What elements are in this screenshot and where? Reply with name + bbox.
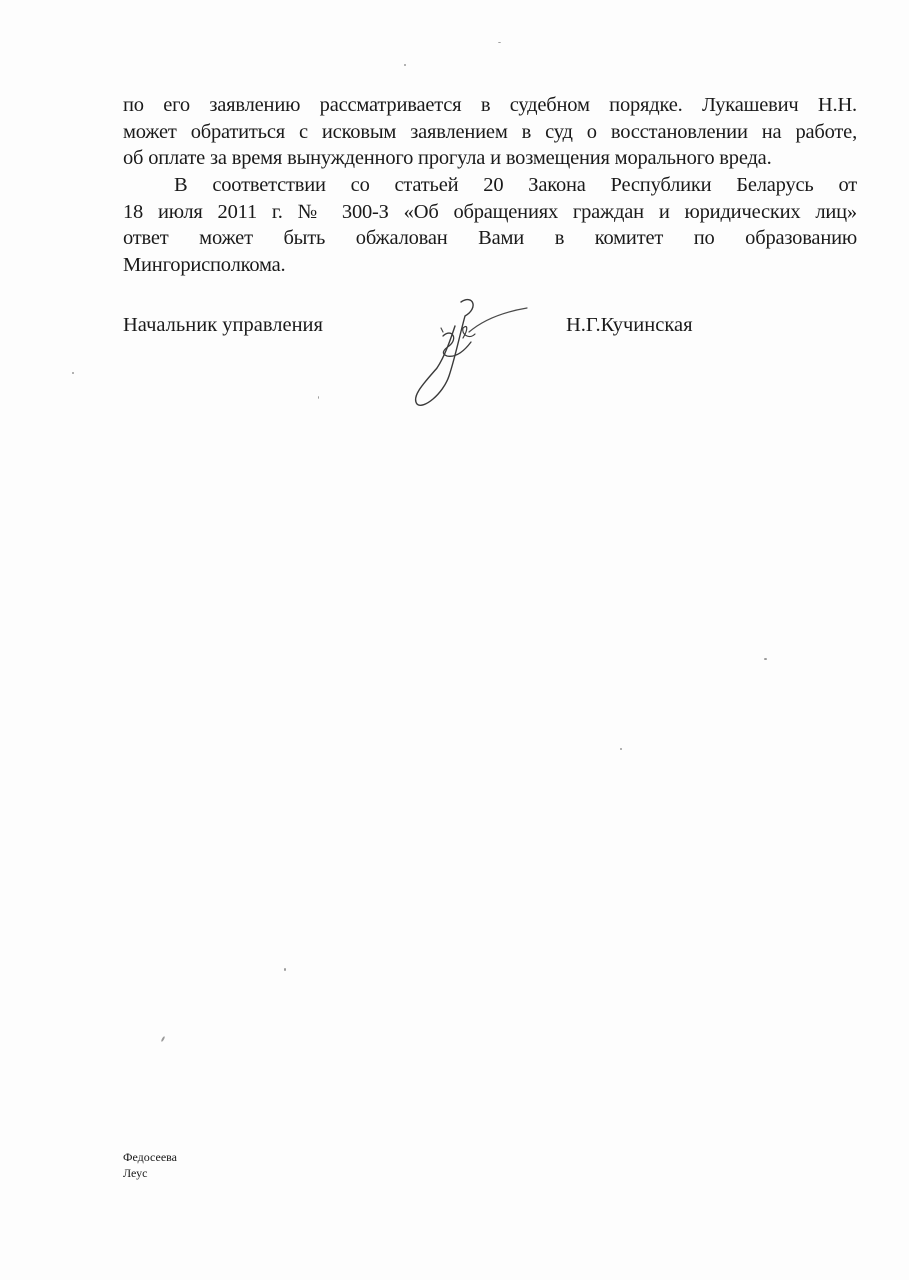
handwritten-signature-icon xyxy=(403,298,543,428)
signature-block: Начальник управления Н.Г.Кучинская xyxy=(123,312,857,432)
scan-speck xyxy=(72,372,74,374)
paragraph-2: В соответствии со статьей 20 Закона Респ… xyxy=(123,172,857,278)
paragraph-2-line-1: В соответствии со статьей 20 Закона Респ… xyxy=(123,172,857,199)
scan-speck xyxy=(161,1036,166,1042)
paragraph-1-line-2: может обратиться с исковым заявлением в … xyxy=(123,119,857,146)
paragraph-1-line-3: об оплате за время вынужденного прогула … xyxy=(123,145,857,172)
signatory-name: Н.Г.Кучинская xyxy=(566,312,693,338)
paragraph-1: по его заявлению рассматривается в судеб… xyxy=(123,92,857,172)
position-title: Начальник управления xyxy=(123,312,323,338)
paragraph-2-line-4: Мингорисполкома. xyxy=(123,252,857,279)
paragraph-1-line-1: по его заявлению рассматривается в судеб… xyxy=(123,92,857,119)
executors-footer: Федосеева Леус xyxy=(123,1149,177,1181)
executor-name: Федосеева xyxy=(123,1149,177,1165)
paragraph-2-line-3: ответ может быть обжалован Вами в комите… xyxy=(123,225,857,252)
executor-name: Леус xyxy=(123,1165,177,1181)
scan-speck xyxy=(404,64,406,66)
document-page: по его заявлению рассматривается в судеб… xyxy=(0,0,909,1280)
scan-speck xyxy=(284,968,286,971)
scan-speck xyxy=(620,748,622,750)
scan-speck xyxy=(498,42,501,43)
scan-speck xyxy=(764,658,767,660)
paragraph-2-line-2: 18 июля 2011 г. № 300-З «Об обращениях г… xyxy=(123,199,857,226)
